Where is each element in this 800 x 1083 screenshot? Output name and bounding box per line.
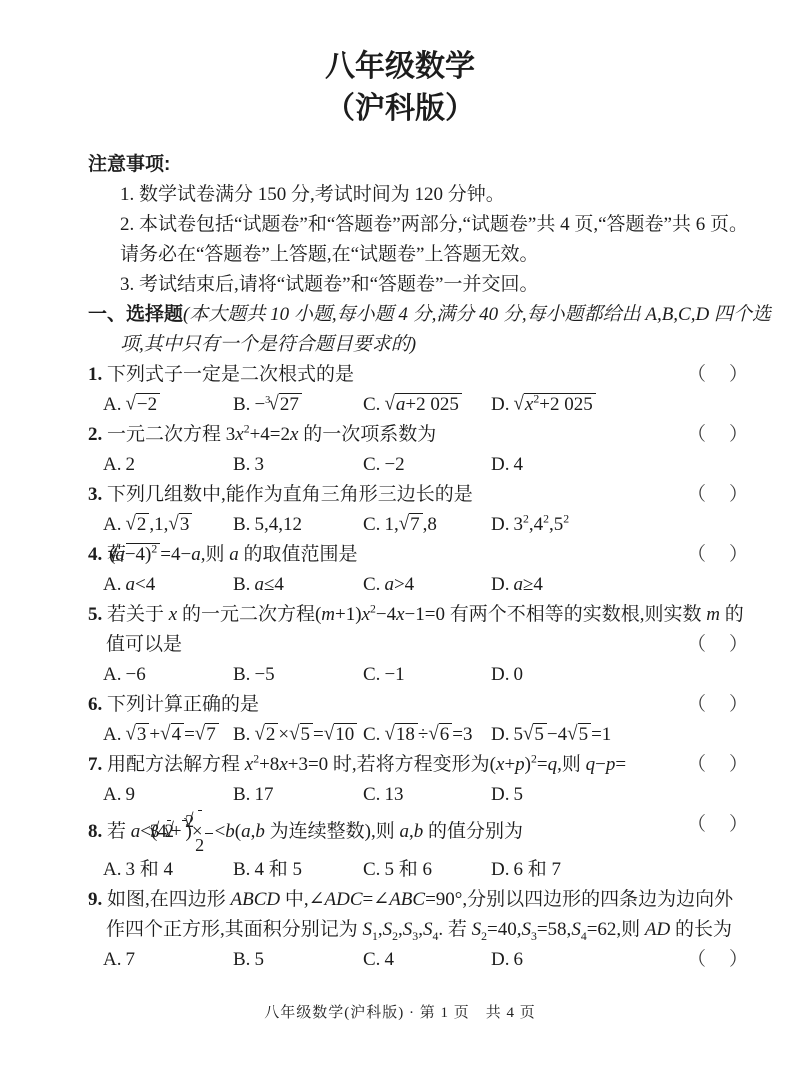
answer-blank: （ ） xyxy=(705,750,750,780)
option-label: D. xyxy=(491,454,509,475)
fraction: √22 xyxy=(205,810,213,855)
question-stem: 6. 下列计算正确的是（ ） xyxy=(88,690,750,720)
exam-page: 八年级数学 （沪科版） 注意事项: 1. 数学试卷满分 150 分,考试时间为 … xyxy=(0,0,800,1083)
options-row: A.2B.3C.−2D.4 xyxy=(103,450,750,480)
option-label: A. xyxy=(103,949,121,970)
option-D: D.6 和 7 xyxy=(491,855,750,885)
option-A: A.√2,1,√3 xyxy=(103,510,233,540)
question-stem: 9. 如图,在四边形 ABCD 中,∠ADC=∠ABC=90°,分别以四边形的四… xyxy=(88,885,750,945)
option-C: C.5 和 6 xyxy=(363,855,491,885)
answer-blank: （ ） xyxy=(705,630,750,660)
sqrt-radical: √−2 xyxy=(125,394,160,415)
answer-blank: （ ） xyxy=(705,420,750,450)
question-text: 一元二次方程 3x2+4=2x 的一次项系数为 xyxy=(107,424,436,445)
answer-blank: （ ） xyxy=(705,480,750,510)
option-label: D. xyxy=(491,949,509,970)
option-D: D.5 xyxy=(491,780,750,810)
question-stem: 7. 用配方法解方程 x2+8x+3=0 时,若将方程变形为(x+p)2=q,则… xyxy=(88,750,750,780)
answer-blank: （ ） xyxy=(705,540,750,570)
option-label: A. xyxy=(103,724,121,745)
option-A: A.7 xyxy=(103,945,233,975)
option-D: D.5√5−4√5=1 xyxy=(491,720,750,750)
notice-section: 注意事项: 1. 数学试卷满分 150 分,考试时间为 120 分钟。 2. 本… xyxy=(88,150,750,300)
answer-blank: （ ） xyxy=(705,690,750,720)
question-number: 6. xyxy=(88,694,102,715)
question-number: 9. xyxy=(88,889,102,910)
option-label: A. xyxy=(103,454,121,475)
question-number: 1. xyxy=(88,364,102,385)
option-label: B. xyxy=(233,949,250,970)
option-label: D. xyxy=(491,859,509,880)
option-label: A. xyxy=(103,859,121,880)
option-D: D.0 xyxy=(491,660,750,690)
options-row: A.−6B.−5C.−1D.0 xyxy=(103,660,750,690)
options-row: A.9B.17C.13D.5 xyxy=(103,780,750,810)
option-D: D.6 xyxy=(491,945,705,975)
question-text: 下列计算正确的是 xyxy=(107,694,259,715)
option-C: C.13 xyxy=(363,780,491,810)
option-label: C. xyxy=(363,949,380,970)
page-title: 八年级数学 xyxy=(0,46,800,88)
question-stem: 2. 一元二次方程 3x2+4=2x 的一次项系数为（ ） xyxy=(88,420,750,450)
notice-heading: 注意事项: xyxy=(88,150,750,180)
option-B: B.−5 xyxy=(233,660,363,690)
question-stem: 1. 下列式子一定是二次根式的是（ ） xyxy=(88,360,750,390)
option-label: B. xyxy=(233,514,250,535)
section-header: 一、选择题(本大题共 10 小题,每小题 4 分,满分 40 分,每小题都给出 … xyxy=(88,300,782,360)
question-text: 用配方法解方程 x2+8x+3=0 时,若将方程变形为(x+p)2=q,则 q−… xyxy=(107,754,626,775)
sqrt-radical: √a+2 025 xyxy=(384,394,461,415)
option-B: B.3 xyxy=(233,450,363,480)
sqrt-radical: √7 xyxy=(399,514,423,535)
sqrt-radical: √18 xyxy=(384,724,417,745)
page-footer: 八年级数学(沪科版) · 第 1 页 共 4 页 xyxy=(0,998,800,1028)
question-text: 下列几组数中,能作为直角三角形三边长的是 xyxy=(107,484,473,505)
option-label: C. xyxy=(363,454,380,475)
option-label: C. xyxy=(363,859,380,880)
options-row: A.7B.5C.4D.6 xyxy=(103,945,705,975)
option-label: C. xyxy=(363,394,380,415)
option-label: D. xyxy=(491,784,509,805)
option-label: D. xyxy=(491,664,509,685)
question: 3. 下列几组数中,能作为直角三角形三边长的是（ ） A.√2,1,√3B.5,… xyxy=(88,480,750,540)
sqrt-radical: √3 xyxy=(125,724,149,745)
option-B: B.a≤4 xyxy=(233,570,363,600)
sqrt-radical: √5 xyxy=(289,724,313,745)
option-label: C. xyxy=(363,514,380,535)
answer-blank: （ ） xyxy=(705,945,750,975)
question: 4. 若√(a−4)2=4−a,则 a 的取值范围是（ ） A.a<4B.a≤4… xyxy=(88,540,750,600)
question-text: 如图,在四边形 ABCD 中,∠ADC=∠ABC=90°,分别以四边形的四条边为… xyxy=(106,889,733,940)
option-label: D. xyxy=(491,514,509,535)
sqrt-radical: √2 xyxy=(254,724,278,745)
question-text: 下列式子一定是二次根式的是 xyxy=(107,364,354,385)
option-B: B.4 和 5 xyxy=(233,855,363,885)
option-C: C.√18÷√6=3 xyxy=(363,720,491,750)
option-label: A. xyxy=(103,784,121,805)
sqrt-radical: √2 xyxy=(198,811,202,831)
option-label: D. xyxy=(491,724,509,745)
option-label: B. xyxy=(233,454,250,475)
option-label: B. xyxy=(233,724,250,745)
option-label: B. xyxy=(233,574,250,595)
sqrt-radical: √3 xyxy=(168,514,192,535)
page-subtitle: （沪科版） xyxy=(0,88,800,130)
option-label: A. xyxy=(103,664,121,685)
question: 5. 若关于 x 的一元二次方程(m+1)x2−4x−1=0 有两个不相等的实数… xyxy=(88,600,750,690)
notice-item-2: 2. 本试卷包括“试题卷”和“答题卷”两部分,“试题卷”共 4 页,“答题卷”共… xyxy=(120,210,750,270)
question: 1. 下列式子一定是二次根式的是（ ） A.√−2B.−3√27C.√a+2 0… xyxy=(88,360,750,420)
option-label: C. xyxy=(363,724,380,745)
sqrt-radical: √4 xyxy=(160,724,184,745)
option-A: A.−6 xyxy=(103,660,233,690)
option-label: B. xyxy=(233,394,250,415)
question-number: 8. xyxy=(88,821,102,842)
option-D: D.√x2+2 025 xyxy=(491,390,750,420)
option-A: A.√−2 xyxy=(103,390,233,420)
option-label: A. xyxy=(103,514,121,535)
notice-item-3: 3. 考试结束后,请将“试题卷”和“答题卷”一并交回。 xyxy=(120,270,750,300)
option-A: A.9 xyxy=(103,780,233,810)
question-number: 2. xyxy=(88,424,102,445)
question-stem: 4. 若√(a−4)2=4−a,则 a 的取值范围是（ ） xyxy=(88,540,750,570)
question-number: 5. xyxy=(88,604,102,625)
question: 9. 如图,在四边形 ABCD 中,∠ADC=∠ABC=90°,分别以四边形的四… xyxy=(88,885,750,975)
question: 2. 一元二次方程 3x2+4=2x 的一次项系数为（ ） A.2B.3C.−2… xyxy=(88,420,750,480)
options-row: A.√3+√4=√7B.√2×√5=√10C.√18÷√6=3D.5√5−4√5… xyxy=(103,720,750,750)
option-label: C. xyxy=(363,784,380,805)
section-desc: (本大题共 10 小题,每小题 4 分,满分 40 分,每小题都给出 A,B,C… xyxy=(120,304,771,355)
option-C: C.−2 xyxy=(363,450,491,480)
sqrt-radical: √x2+2 025 xyxy=(513,394,595,415)
question-number: 3. xyxy=(88,484,102,505)
question: 6. 下列计算正确的是（ ） A.√3+√4=√7B.√2×√5=√10C.√1… xyxy=(88,690,750,750)
option-B: B.√2×√5=√10 xyxy=(233,720,363,750)
options-row: A.3 和 4B.4 和 5C.5 和 6D.6 和 7 xyxy=(103,855,750,885)
question: 7. 用配方法解方程 x2+8x+3=0 时,若将方程变形为(x+p)2=q,则… xyxy=(88,750,750,810)
option-C: C.√a+2 025 xyxy=(363,390,491,420)
option-D: D.32,42,52 xyxy=(491,510,750,540)
section-label: 一、选择题 xyxy=(88,304,183,325)
notice-item-1: 1. 数学试卷满分 150 分,考试时间为 120 分钟。 xyxy=(120,180,750,210)
option-A: A.a<4 xyxy=(103,570,233,600)
option-C: C.a>4 xyxy=(363,570,491,600)
option-label: D. xyxy=(491,574,509,595)
option-C: C.−1 xyxy=(363,660,491,690)
option-label: B. xyxy=(233,859,250,880)
sqrt-radical: √5 xyxy=(567,724,591,745)
sqrt-radical: √10 xyxy=(324,724,357,745)
option-C: C.1,√7,8 xyxy=(363,510,491,540)
questions: 1. 下列式子一定是二次根式的是（ ） A.√−2B.−3√27C.√a+2 0… xyxy=(88,360,750,975)
sqrt-radical: √(a−4)2 xyxy=(126,544,160,565)
answer-blank: （ ） xyxy=(705,360,750,390)
question-stem: 3. 下列几组数中,能作为直角三角形三边长的是（ ） xyxy=(88,480,750,510)
question-stem: 5. 若关于 x 的一元二次方程(m+1)x2−4x−1=0 有两个不相等的实数… xyxy=(88,600,750,660)
option-label: B. xyxy=(233,664,250,685)
option-B: B.17 xyxy=(233,780,363,810)
question-number: 7. xyxy=(88,754,102,775)
option-B: B.−3√27 xyxy=(233,390,363,420)
option-C: C.4 xyxy=(363,945,491,975)
question-text: 若关于 x 的一元二次方程(m+1)x2−4x−1=0 有两个不相等的实数根,则… xyxy=(106,604,744,655)
question-number: 4. xyxy=(88,544,102,565)
cube-root-radical: 3√27 xyxy=(265,394,302,415)
option-label: B. xyxy=(233,784,250,805)
option-A: A.√3+√4=√7 xyxy=(103,720,233,750)
options-row: A.√2,1,√3B.5,4,12C.1,√7,8D.32,42,52 xyxy=(103,510,750,540)
options-row: A.√−2B.−3√27C.√a+2 025D.√x2+2 025 xyxy=(103,390,750,420)
answer-blank: （ ） xyxy=(705,810,750,840)
option-B: B.5 xyxy=(233,945,363,975)
question: 8. 若 a<(4√3+√2)×√22<b(a,b 为连续整数),则 a,b 的… xyxy=(88,810,750,885)
option-A: A.2 xyxy=(103,450,233,480)
sqrt-radical: √2 xyxy=(125,514,149,535)
option-A: A.3 和 4 xyxy=(103,855,233,885)
option-label: A. xyxy=(103,574,121,595)
option-D: D.4 xyxy=(491,450,750,480)
question-stem: 8. 若 a<(4√3+√2)×√22<b(a,b 为连续整数),则 a,b 的… xyxy=(88,810,750,855)
options-row: A.a<4B.a≤4C.a>4D.a≥4 xyxy=(103,570,750,600)
sqrt-radical: √6 xyxy=(428,724,452,745)
option-label: D. xyxy=(491,394,509,415)
option-label: C. xyxy=(363,664,380,685)
option-label: C. xyxy=(363,574,380,595)
option-D: D.a≥4 xyxy=(491,570,750,600)
option-B: B.5,4,12 xyxy=(233,510,363,540)
option-label: A. xyxy=(103,394,121,415)
sqrt-radical: √7 xyxy=(195,724,219,745)
question-text: 若 a<(4√3+√2)×√22<b(a,b 为连续整数),则 a,b 的值分别… xyxy=(107,821,523,842)
sqrt-radical: √5 xyxy=(523,724,547,745)
question-text: 若√(a−4)2=4−a,则 a 的取值范围是 xyxy=(107,544,358,565)
